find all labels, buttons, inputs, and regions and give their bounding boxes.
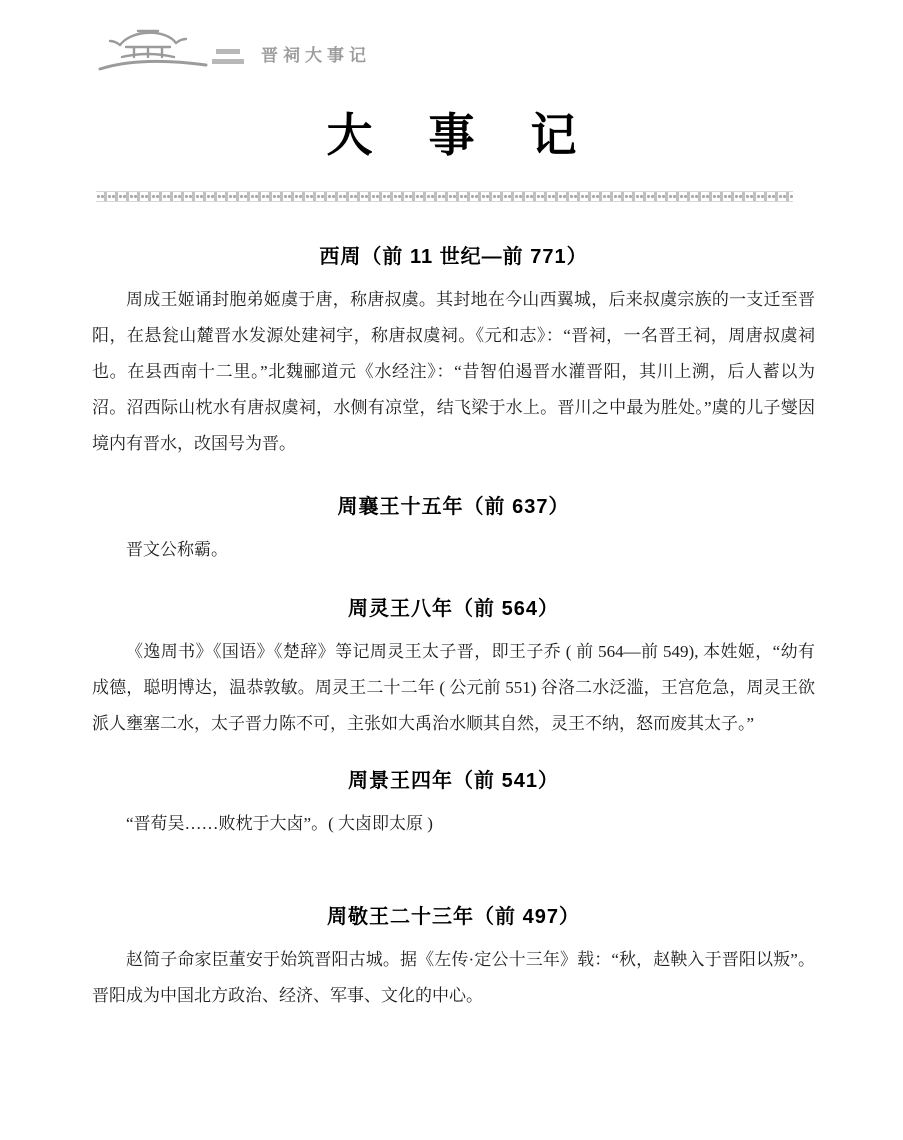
ornament-divider: [96, 191, 793, 202]
page-title: 大 事 记: [0, 110, 903, 160]
book-page: { "colors": { "header_gray": "#9b9b9b", …: [0, 0, 903, 1140]
section-xizhou: 西周（前 11 世纪—前 771） 周成王姬诵封胞弟姬虞于唐，称唐叔虞。其封地在…: [92, 244, 815, 462]
section-heading: 周敬王二十三年（前 497）: [92, 904, 815, 930]
chronicle-content: 西周（前 11 世纪—前 771） 周成王姬诵封胞弟姬虞于唐，称唐叔虞。其封地在…: [0, 244, 903, 1014]
running-head: 晋祠大事记: [0, 0, 903, 76]
section-paragraph: 赵简子命家臣董安于始筑晋阳古城。据《左传·定公十三年》载：“秋，赵鞅入于晋阳以叛…: [92, 942, 815, 1014]
running-head-title: 晋祠大事记: [253, 41, 371, 76]
section-paragraph: 《逸周书》《国语》《楚辞》等记周灵王太子晋，即王子乔 ( 前 564—前 549…: [92, 634, 815, 742]
section-heading: 周襄王十五年（前 637）: [92, 494, 815, 520]
section-paragraph: “晋荀吴……败枕于大卤”。( 大卤即太原 ): [92, 806, 815, 842]
section-heading: 西周（前 11 世纪—前 771）: [92, 244, 815, 270]
section-zhou-jing-4: 周景王四年（前 541） “晋荀吴……败枕于大卤”。( 大卤即太原 ): [92, 768, 815, 842]
section-zhou-xiang-15: 周襄王十五年（前 637） 晋文公称霸。: [92, 494, 815, 568]
section-zhou-ling-8: 周灵王八年（前 564） 《逸周书》《国语》《楚辞》等记周灵王太子晋，即王子乔 …: [92, 596, 815, 742]
section-paragraph: 周成王姬诵封胞弟姬虞于唐，称唐叔虞。其封地在今山西翼城，后来叔虞宗族的一支迁至晋…: [92, 282, 815, 462]
section-paragraph: 晋文公称霸。: [92, 532, 815, 568]
section-heading: 周灵王八年（前 564）: [92, 596, 815, 622]
pavilion-icon: [98, 24, 253, 76]
section-heading: 周景王四年（前 541）: [92, 768, 815, 794]
section-zhou-jing-23: 周敬王二十三年（前 497） 赵简子命家臣董安于始筑晋阳古城。据《左传·定公十三…: [92, 904, 815, 1014]
